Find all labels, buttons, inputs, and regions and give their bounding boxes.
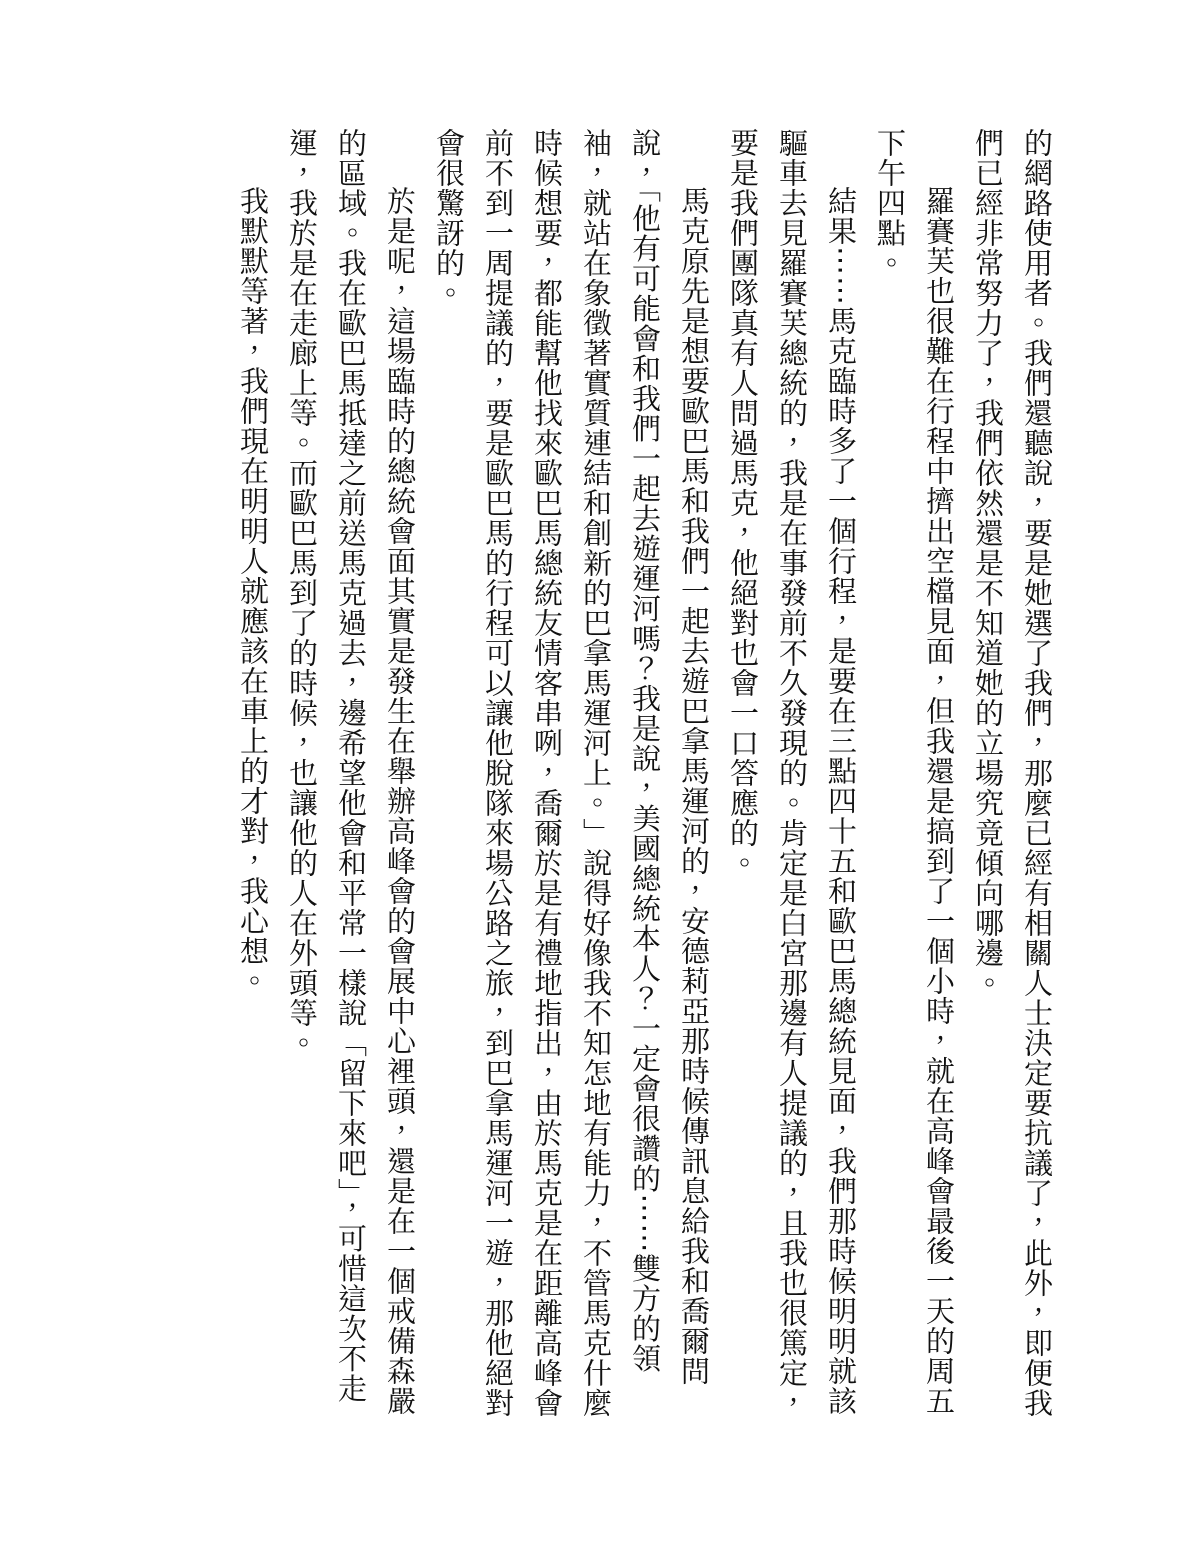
paragraph: 於是呢，這場臨時的總統會面其實是發生在舉辦高峰會的會展中心裡頭，還是在一個戒備森… bbox=[276, 128, 423, 1433]
paragraph: 羅賽芙也很難在行程中擠出空檔見面，但我還是搞到了一個小時，就在高峰會最後一天的周… bbox=[864, 128, 962, 1433]
book-page: 的網路使用者。我們還聽說，要是她選了我們，那麼已經有相關人士決定要抗議了，此外，… bbox=[0, 0, 1200, 1553]
paragraph: 馬克原先是想要歐巴馬和我們一起去遊巴拿馬運河的，安德莉亞那時候傳訊息給我和喬爾問… bbox=[423, 128, 717, 1433]
paragraph: 的網路使用者。我們還聽說，要是她選了我們，那麼已經有相關人士決定要抗議了，此外，… bbox=[962, 128, 1060, 1433]
paragraph: 結果⋯⋯馬克臨時多了一個行程，是要在三點四十五和歐巴馬總統見面，我們那時候明明就… bbox=[717, 128, 864, 1433]
vertical-text-block: 的網路使用者。我們還聽說，要是她選了我們，那麼已經有相關人士決定要抗議了，此外，… bbox=[215, 128, 1060, 1433]
paragraph: 我默默等著，我們現在明明人就應該在車上的才對，我心想。 bbox=[227, 128, 276, 1433]
